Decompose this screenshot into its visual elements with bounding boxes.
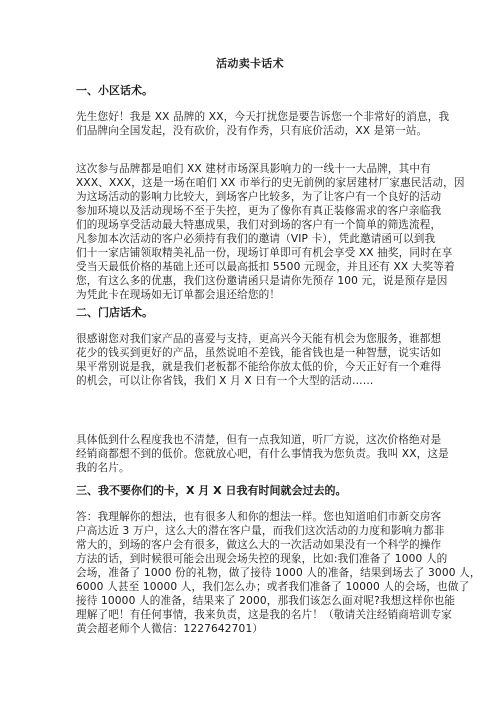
- paragraph-greeting: 先生您好！我是 XX 品牌的 XX，今天打扰您是要告诉您一个非常好的消息，我 们…: [76, 110, 421, 138]
- text-line: 凡参加本次活动的客户必须持有我们的邀请（VIP 卡），凭此邀请函可以到我: [76, 232, 421, 246]
- text-line: 接待 10000 人的准备，结果来了 2000，那我们该怎么面对呢?我想这样你也…: [76, 594, 421, 608]
- section-heading-store: 二、门店话术。: [76, 306, 153, 320]
- text-line: 理解了吧！有任何事情，我来负责，这是我的名片！（敬请关注经销商培训专家: [76, 608, 421, 622]
- text-line: 为这场活动的影响力比较大，到场客户比较多，为了让客户有一个良好的活动: [76, 190, 421, 204]
- text-line: 答：我理解你的想法，也有很多人和你的想法一样。您也知道咱们市新交房客: [76, 510, 421, 524]
- paragraph-objection-answer: 答：我理解你的想法，也有很多人和你的想法一样。您也知道咱们市新交房客 户高达近 …: [76, 510, 421, 636]
- text-line: 受当天最低价格的基础上还可以最高抵扣 5500 元现金，并且还有 XX 大奖等着: [76, 260, 421, 274]
- text-line: 花少的钱买到更好的产品，虽然说咱不差钱，能省钱也是一种智慧，说实话如: [76, 346, 421, 360]
- text-line: 6000 人甚至 10000 人，我们怎么办；或者我们准备了 10000 人的会…: [76, 580, 421, 594]
- section-heading-community: 一、小区话术。: [76, 84, 153, 98]
- text-line: 先生您好！我是 XX 品牌的 XX，今天打扰您是要告诉您一个非常好的消息，我: [76, 110, 421, 124]
- text-line: 您，有这么多的优惠，我们这份邀请函只是请你先预存 100 元，说是预存是因: [76, 274, 421, 288]
- text-line: XXX、XXX，这是一场在咱们 XX 市举行的史无前例的家居建材厂家惠民活动，因: [76, 176, 421, 190]
- paragraph-store-closing: 具体低到什么程度我也不清楚，但有一点我知道，听厂方说，这次价格绝对是 经销商都想…: [76, 433, 421, 475]
- text-line: 经销商都想不到的低价。您就放心吧，有什么事情我为您负责。我叫 XX，这是: [76, 447, 421, 461]
- text-line: 的机会，可以让你省钱，我们 X 月 X 日有一个大型的活动……: [76, 374, 421, 388]
- text-line: 很感谢您对我们家产品的喜爱与支持，更高兴今天能有机会为您服务，谁都想: [76, 332, 421, 346]
- text-line: 黄会超老师个人微信：1227642701）: [76, 622, 421, 636]
- paragraph-store-pitch: 很感谢您对我们家产品的喜爱与支持，更高兴今天能有机会为您服务，谁都想 花少的钱买…: [76, 332, 421, 388]
- text-line: 常大的，到场的客户会有很多，做这么大的一次活动如果没有一个科学的操作: [76, 538, 421, 552]
- text-line: 果平常别说是我，就是我们老板都不能给你放太低的价，今天正好有一个难得: [76, 360, 421, 374]
- text-line: 参加环境以及活动现场不至于失控，更为了像你有真正装修需求的客户亲临我: [76, 204, 421, 218]
- text-line: 方法的话，到时候很可能会出现会场失控的现象，比如:我们准备了 1000 人的: [76, 552, 421, 566]
- text-line: 具体低到什么程度我也不清楚，但有一点我知道，听厂方说，这次价格绝对是: [76, 433, 421, 447]
- text-line: 这次参与品牌都是咱们 XX 建材市场深具影响力的一线十一大品牌，其中有: [76, 162, 421, 176]
- text-line: 们的现场享受活动最大特惠成果，我们对到场的客户有一个简单的筛选流程，: [76, 218, 421, 232]
- section-heading-objection: 三、我不要你们的卡，X 月 X 日我有时间就会过去的。: [76, 484, 346, 498]
- text-line: 会场，准备了 1000 份的礼物，做了接待 1000 人的准备，结果到场去了 3…: [76, 566, 421, 580]
- text-line: 我的名片。: [76, 461, 421, 475]
- text-line: 户高达近 3 万户，这么大的潜在客户量，而我们这次活动的力度和影响力都非: [76, 524, 421, 538]
- document-title: 活动卖卡话术: [0, 57, 500, 71]
- text-line: 们品牌向全国发起，没有砍价，没有作秀，只有底价活动，XX 是第一站。: [76, 124, 421, 138]
- paragraph-event-description: 这次参与品牌都是咱们 XX 建材市场深具影响力的一线十一大品牌，其中有 XXX、…: [76, 162, 421, 302]
- text-line: 为凭此卡在现场如无订单都会退还给您的！: [76, 288, 421, 302]
- document-page: 活动卖卡话术 一、小区话术。 先生您好！我是 XX 品牌的 XX，今天打扰您是要…: [0, 0, 500, 707]
- text-line: 们十一家店铺领取精美礼品一份，现场订单即可有机会享受 XX 抽奖，同时在享: [76, 246, 421, 260]
